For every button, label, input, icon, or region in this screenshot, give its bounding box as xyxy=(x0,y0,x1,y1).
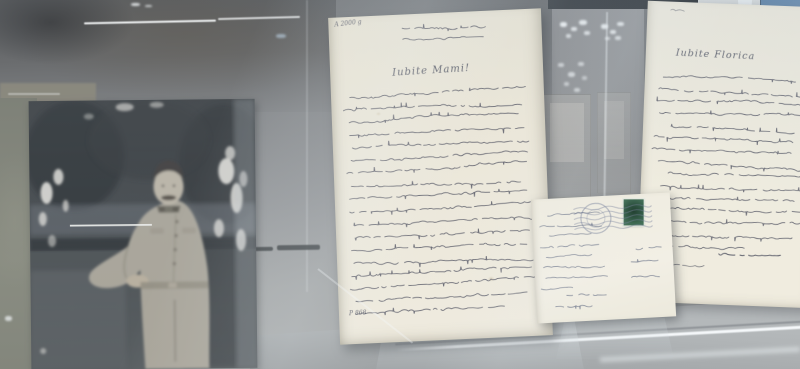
postcard-message-handwriting xyxy=(534,208,607,299)
light-streak xyxy=(8,93,60,95)
light-glint xyxy=(568,72,575,77)
postcard xyxy=(531,192,676,323)
reflected-frame xyxy=(597,92,631,194)
light-glint xyxy=(584,31,590,35)
letter-center: A 2000 g Iubite Mami! P 868 xyxy=(328,8,553,344)
letter-salutation: Iubite Florica xyxy=(676,48,756,63)
reflected-frame-inner xyxy=(550,103,584,162)
acrylic-stand xyxy=(556,316,674,359)
light-glint xyxy=(574,88,580,92)
light-glint xyxy=(5,316,12,321)
light-glint xyxy=(571,27,577,31)
inventory-mark: A 2000 g xyxy=(334,18,362,28)
light-glint xyxy=(582,76,587,80)
soldier-figure-art xyxy=(29,99,258,369)
shelf-reflection-dash xyxy=(277,245,320,250)
light-glint xyxy=(560,22,567,27)
light-glint xyxy=(610,30,616,34)
catalog-mark: P 868 xyxy=(349,310,367,318)
light-glint xyxy=(615,36,621,40)
reflected-frame-inner xyxy=(604,101,624,159)
light-glint xyxy=(558,63,564,67)
signature-handwriting xyxy=(698,243,800,269)
portrait-photograph xyxy=(29,99,258,369)
light-glint xyxy=(564,82,569,86)
letter-salutation: Iubite Mami! xyxy=(392,63,470,79)
dateline-handwriting xyxy=(380,16,501,51)
postcard-signature-handwriting xyxy=(550,288,613,319)
letter-body-handwriting xyxy=(336,80,548,339)
light-glint xyxy=(578,62,584,66)
reflected-frame xyxy=(543,94,591,198)
light-glint xyxy=(579,20,587,25)
light-glint xyxy=(131,3,140,6)
light-glint xyxy=(605,37,610,40)
museum-display-photo: A 2000 g Iubite Mami! P 868 Iubite Flori… xyxy=(0,0,800,369)
light-glint xyxy=(601,24,608,29)
light-glint xyxy=(145,5,152,7)
light-glint xyxy=(276,34,286,38)
light-glint xyxy=(617,22,624,26)
light-glint xyxy=(566,34,571,38)
inventory-mark-handwriting xyxy=(650,4,686,15)
postcard-address-handwriting xyxy=(621,239,670,291)
